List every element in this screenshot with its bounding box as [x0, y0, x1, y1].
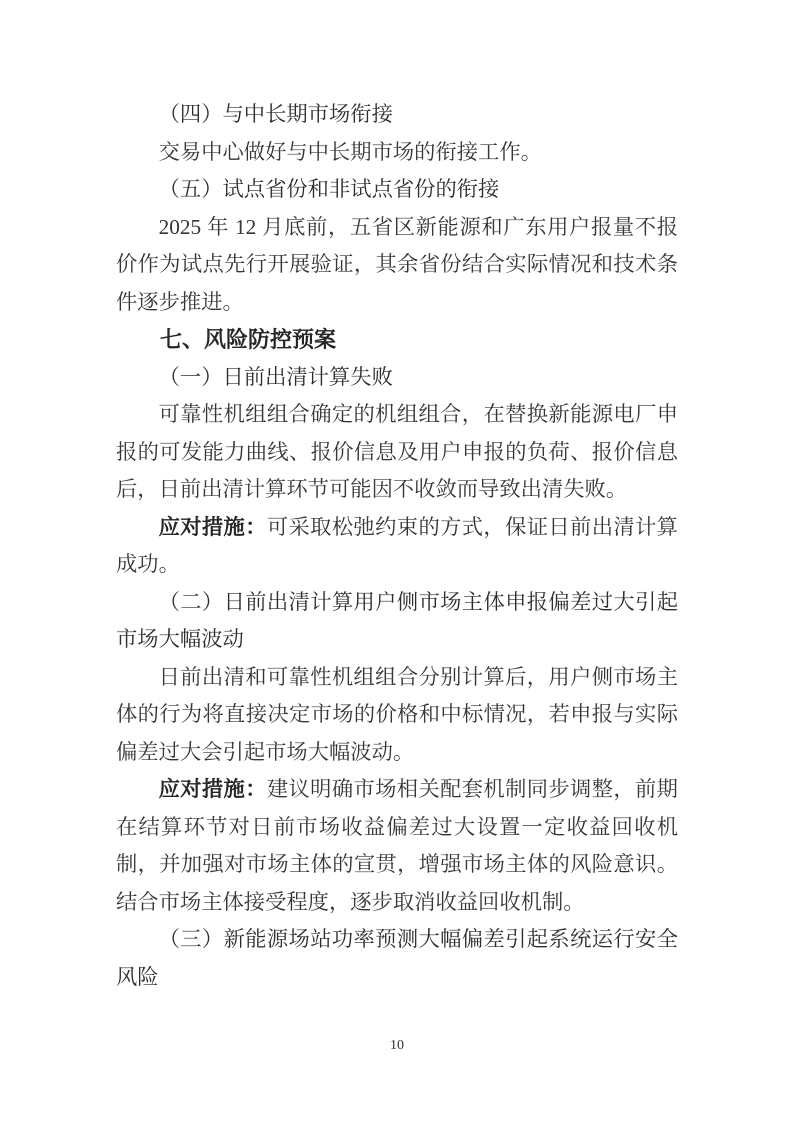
emphasis-text-run: 七、风险防控预案: [160, 327, 336, 352]
text-run: 可采取松弛约束的方式，保证日前出清计算: [267, 515, 678, 539]
text-line: 在结算环节对日前市场收益偏差过大设置一定收益回收机: [116, 809, 678, 847]
sub-heading-line: （三）新能源场站功率预测大幅偏差引起系统运行安全: [116, 921, 678, 959]
text-run: 价作为试点先行开展验证，其余省份结合实际情况和技术条: [116, 252, 678, 276]
sub-heading-line: （五）试点省份和非试点省份的衔接: [116, 171, 678, 209]
text-line: 应对措施：可采取松弛约束的方式，保证日前出清计算: [116, 509, 678, 547]
text-run: 件逐步推进。: [116, 290, 244, 314]
page-footer: 10: [0, 1036, 794, 1054]
sub-heading-line: （一）日前出清计算失败: [116, 359, 678, 397]
text-run: 报的可发能力曲线、报价信息及用户申报的负荷、报价信息: [116, 440, 678, 464]
document-body: （四）与中长期市场衔接交易中心做好与中长期市场的衔接工作。（五）试点省份和非试点…: [116, 96, 678, 996]
text-run: 建议明确市场相关配套机制同步调整，前期: [267, 777, 678, 801]
document-page: （四）与中长期市场衔接交易中心做好与中长期市场的衔接工作。（五）试点省份和非试点…: [0, 0, 794, 1123]
text-run: 结合市场主体接受程度，逐步取消收益回收机制。: [116, 890, 585, 914]
text-run: 市场大幅波动: [116, 627, 244, 651]
sub-heading-line: 市场大幅波动: [116, 621, 678, 659]
text-run: （四）与中长期市场衔接: [159, 102, 393, 126]
text-run: （二）日前出清计算用户侧市场主体申报偏差过大引起: [159, 590, 678, 614]
text-run: 制，并加强对市场主体的宣贯，增强市场主体的风险意识。: [116, 852, 678, 876]
text-run: 后，日前出清计算环节可能因不收敛而导致出清失败。: [116, 477, 627, 501]
text-run: （五）试点省份和非试点省份的衔接: [159, 177, 500, 201]
text-line: 结合市场主体接受程度，逐步取消收益回收机制。: [116, 884, 678, 922]
text-line: 件逐步推进。: [116, 284, 678, 322]
text-run: 交易中心做好与中长期市场的衔接工作。: [159, 140, 542, 164]
text-line: 偏差过大会引起市场大幅波动。: [116, 734, 678, 772]
text-run: （三）新能源场站功率预测大幅偏差引起系统运行安全: [159, 927, 678, 951]
text-run: 可靠性机组组合确定的机组组合，在替换新能源电厂申: [159, 402, 678, 426]
text-line: 应对措施：建议明确市场相关配套机制同步调整，前期: [116, 771, 678, 809]
emphasis-text-run: 应对措施：: [159, 777, 267, 801]
text-run: 体的行为将直接决定市场的价格和中标情况，若申报与实际: [116, 702, 678, 726]
sub-heading-line: （二）日前出清计算用户侧市场主体申报偏差过大引起: [116, 584, 678, 622]
text-run: 偏差过大会引起市场大幅波动。: [116, 740, 414, 764]
text-line: 体的行为将直接决定市场的价格和中标情况，若申报与实际: [116, 696, 678, 734]
text-line: 成功。: [116, 546, 678, 584]
text-run: 成功。: [116, 552, 180, 576]
text-line: 后，日前出清计算环节可能因不收敛而导致出清失败。: [116, 471, 678, 509]
sub-heading-line: （四）与中长期市场衔接: [116, 96, 678, 134]
text-line: 制，并加强对市场主体的宣贯，增强市场主体的风险意识。: [116, 846, 678, 884]
text-run: 2025 年 12 月底前，五省区新能源和广东用户报量不报: [159, 215, 678, 239]
text-run: 风险: [116, 965, 159, 989]
sub-heading-line: 风险: [116, 959, 678, 997]
page-number: 10: [390, 1038, 404, 1053]
text-line: 交易中心做好与中长期市场的衔接工作。: [116, 134, 678, 172]
text-line: 报的可发能力曲线、报价信息及用户申报的负荷、报价信息: [116, 434, 678, 472]
text-line: 2025 年 12 月底前，五省区新能源和广东用户报量不报: [116, 209, 678, 247]
section-heading: 七、风险防控预案: [116, 321, 678, 359]
text-line: 价作为试点先行开展验证，其余省份结合实际情况和技术条: [116, 246, 678, 284]
text-line: 可靠性机组组合确定的机组组合，在替换新能源电厂申: [116, 396, 678, 434]
emphasis-text-run: 应对措施：: [159, 515, 267, 539]
text-line: 日前出清和可靠性机组组合分别计算后，用户侧市场主: [116, 659, 678, 697]
text-run: （一）日前出清计算失败: [159, 365, 393, 389]
text-run: 日前出清和可靠性机组组合分别计算后，用户侧市场主: [159, 665, 678, 689]
text-run: 在结算环节对日前市场收益偏差过大设置一定收益回收机: [116, 815, 678, 839]
